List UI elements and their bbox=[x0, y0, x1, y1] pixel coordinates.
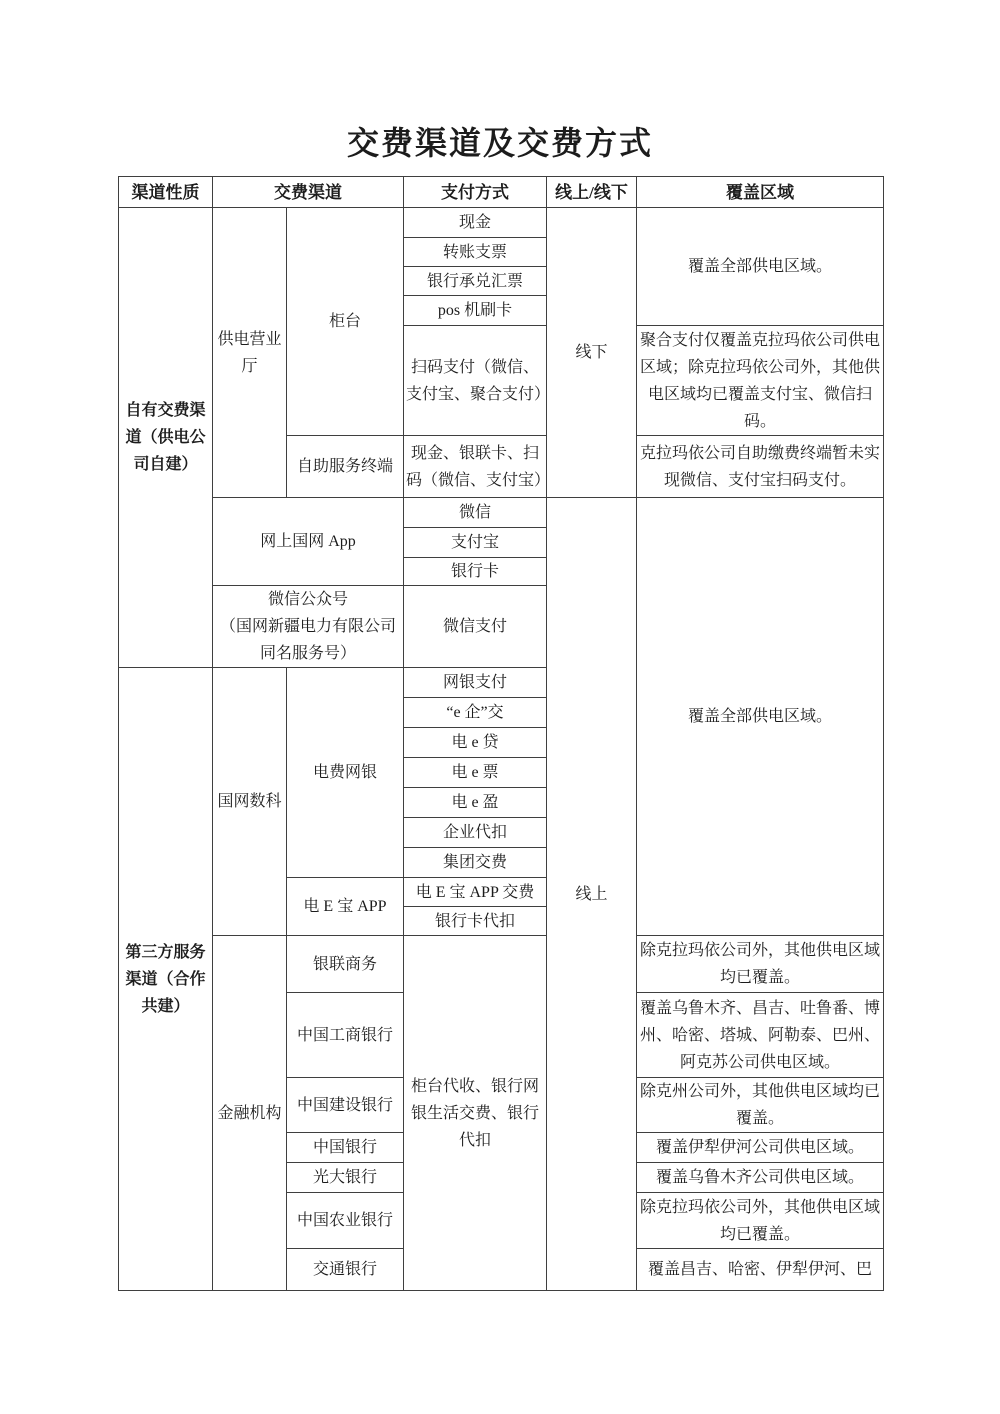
cell-mode-online: 线上 bbox=[547, 498, 637, 1291]
header-channel-nature: 渠道性质 bbox=[119, 177, 213, 208]
document-title: 交费渠道及交费方式 bbox=[0, 121, 1000, 165]
cell-method-bank-card-withhold: 银行卡代扣 bbox=[404, 907, 547, 936]
header-payment-channel: 交费渠道 bbox=[213, 177, 404, 208]
cell-method-transfer-cheque: 转账支票 bbox=[404, 238, 547, 267]
cell-channel-wechat-official-account: 微信公众号 （国网新疆电力有限公司 同名服务号） bbox=[213, 586, 404, 668]
cell-method-scan-pay: 扫码支付（微信、 支付宝、聚合支付） bbox=[404, 326, 547, 436]
cell-method-alipay: 支付宝 bbox=[404, 528, 547, 558]
cell-method-wechat-pay: 微信支付 bbox=[404, 586, 547, 668]
cell-coverage-boc: 覆盖伊犁伊河公司供电区域。 bbox=[637, 1133, 884, 1163]
cell-coverage-all-2: 覆盖全部供电区域。 bbox=[637, 498, 884, 936]
cell-method-dian-e-dai: 电 e 贷 bbox=[404, 728, 547, 758]
cell-channel-financial-institutions: 金融机构 bbox=[213, 936, 287, 1291]
cell-coverage-abc: 除克拉玛依公司外，其他供电区域均已覆盖。 bbox=[637, 1193, 884, 1249]
cell-channel-sgcc-digital: 国网数科 bbox=[213, 668, 287, 936]
cell-method-bank-card: 银行卡 bbox=[404, 558, 547, 586]
cell-method-e-bao-app-pay: 电 E 宝 APP 交费 bbox=[404, 878, 547, 907]
cell-channel-business-hall: 供电营业 厅 bbox=[213, 208, 287, 498]
cell-method-bank-collect: 柜台代收、银行网 银生活交费、银行 代扣 bbox=[404, 936, 547, 1291]
cell-method-enterprise-withhold: 企业代扣 bbox=[404, 818, 547, 848]
cell-channel-ccb: 中国建设银行 bbox=[287, 1078, 404, 1133]
cell-method-terminal-pay: 现金、银联卡、扫 码（微信、支付宝） bbox=[404, 436, 547, 498]
cell-channel-sgcc-app: 网上国网 App bbox=[213, 498, 404, 586]
cell-coverage-bocom: 覆盖昌吉、哈密、伊犁伊河、巴 bbox=[637, 1249, 884, 1291]
cell-coverage-all-1: 覆盖全部供电区域。 bbox=[637, 208, 884, 326]
cell-coverage-juhe-karamay: 聚合支付仅覆盖克拉玛依公司供电区域；除克拉玛依公司外，其他供电区域均已覆盖支付宝… bbox=[637, 326, 884, 436]
cell-channel-ceb: 光大银行 bbox=[287, 1163, 404, 1193]
cell-channel-unionpay-business: 银联商务 bbox=[287, 936, 404, 993]
cell-channel-bocom: 交通银行 bbox=[287, 1249, 404, 1291]
cell-method-cash: 现金 bbox=[404, 208, 547, 238]
cell-coverage-unionpay: 除克拉玛依公司外，其他供电区域均已覆盖。 bbox=[637, 936, 884, 993]
table-row: 金融机构 银联商务 柜台代收、银行网 银生活交费、银行 代扣 除克拉玛依公司外，… bbox=[119, 936, 884, 993]
table-row: 网上国网 App 微信 线上 覆盖全部供电区域。 bbox=[119, 498, 884, 528]
cell-channel-e-bao-app: 电 E 宝 APP bbox=[287, 878, 404, 936]
cell-coverage-karamay-terminal: 克拉玛依公司自助缴费终端暂未实现微信、支付宝扫码支付。 bbox=[637, 436, 884, 498]
cell-method-dian-e-ying: 电 e 盈 bbox=[404, 788, 547, 818]
cell-coverage-icbc: 覆盖乌鲁木齐、昌吉、吐鲁番、博州、哈密、塔城、阿勒泰、巴州、阿克苏公司供电区域。 bbox=[637, 993, 884, 1078]
cell-coverage-ceb: 覆盖乌鲁木齐公司供电区域。 bbox=[637, 1163, 884, 1193]
header-payment-method: 支付方式 bbox=[404, 177, 547, 208]
cell-method-bank-acceptance-bill: 银行承兑汇票 bbox=[404, 267, 547, 296]
header-coverage-area: 覆盖区域 bbox=[637, 177, 884, 208]
header-online-offline: 线上/线下 bbox=[547, 177, 637, 208]
cell-channel-self-service-terminal: 自助服务终端 bbox=[287, 436, 404, 498]
table-row: 自有交费渠 道（供电公 司自建） 供电营业 厅 柜台 现金 线下 覆盖全部供电区… bbox=[119, 208, 884, 238]
cell-method-wechat: 微信 bbox=[404, 498, 547, 528]
cell-nature-self-built: 自有交费渠 道（供电公 司自建） bbox=[119, 208, 213, 668]
cell-channel-counter: 柜台 bbox=[287, 208, 404, 436]
cell-channel-boc: 中国银行 bbox=[287, 1133, 404, 1163]
cell-channel-e-fee-bank: 电费网银 bbox=[287, 668, 404, 878]
payment-channels-table: 渠道性质 交费渠道 支付方式 线上/线下 覆盖区域 自有交费渠 道（供电公 司自… bbox=[118, 176, 884, 1291]
cell-method-dian-e-piao: 电 e 票 bbox=[404, 758, 547, 788]
cell-method-group-pay: 集团交费 bbox=[404, 848, 547, 878]
cell-nature-third-party: 第三方服务 渠道（合作 共建） bbox=[119, 668, 213, 1291]
cell-method-pos-card: pos 机刷卡 bbox=[404, 296, 547, 326]
cell-method-e-qi-pay: “e 企”交 bbox=[404, 698, 547, 728]
cell-channel-icbc: 中国工商银行 bbox=[287, 993, 404, 1078]
cell-mode-offline: 线下 bbox=[547, 208, 637, 498]
cell-method-online-bank-pay: 网银支付 bbox=[404, 668, 547, 698]
cell-coverage-ccb: 除克州公司外，其他供电区域均已覆盖。 bbox=[637, 1078, 884, 1133]
cell-channel-abc: 中国农业银行 bbox=[287, 1193, 404, 1249]
